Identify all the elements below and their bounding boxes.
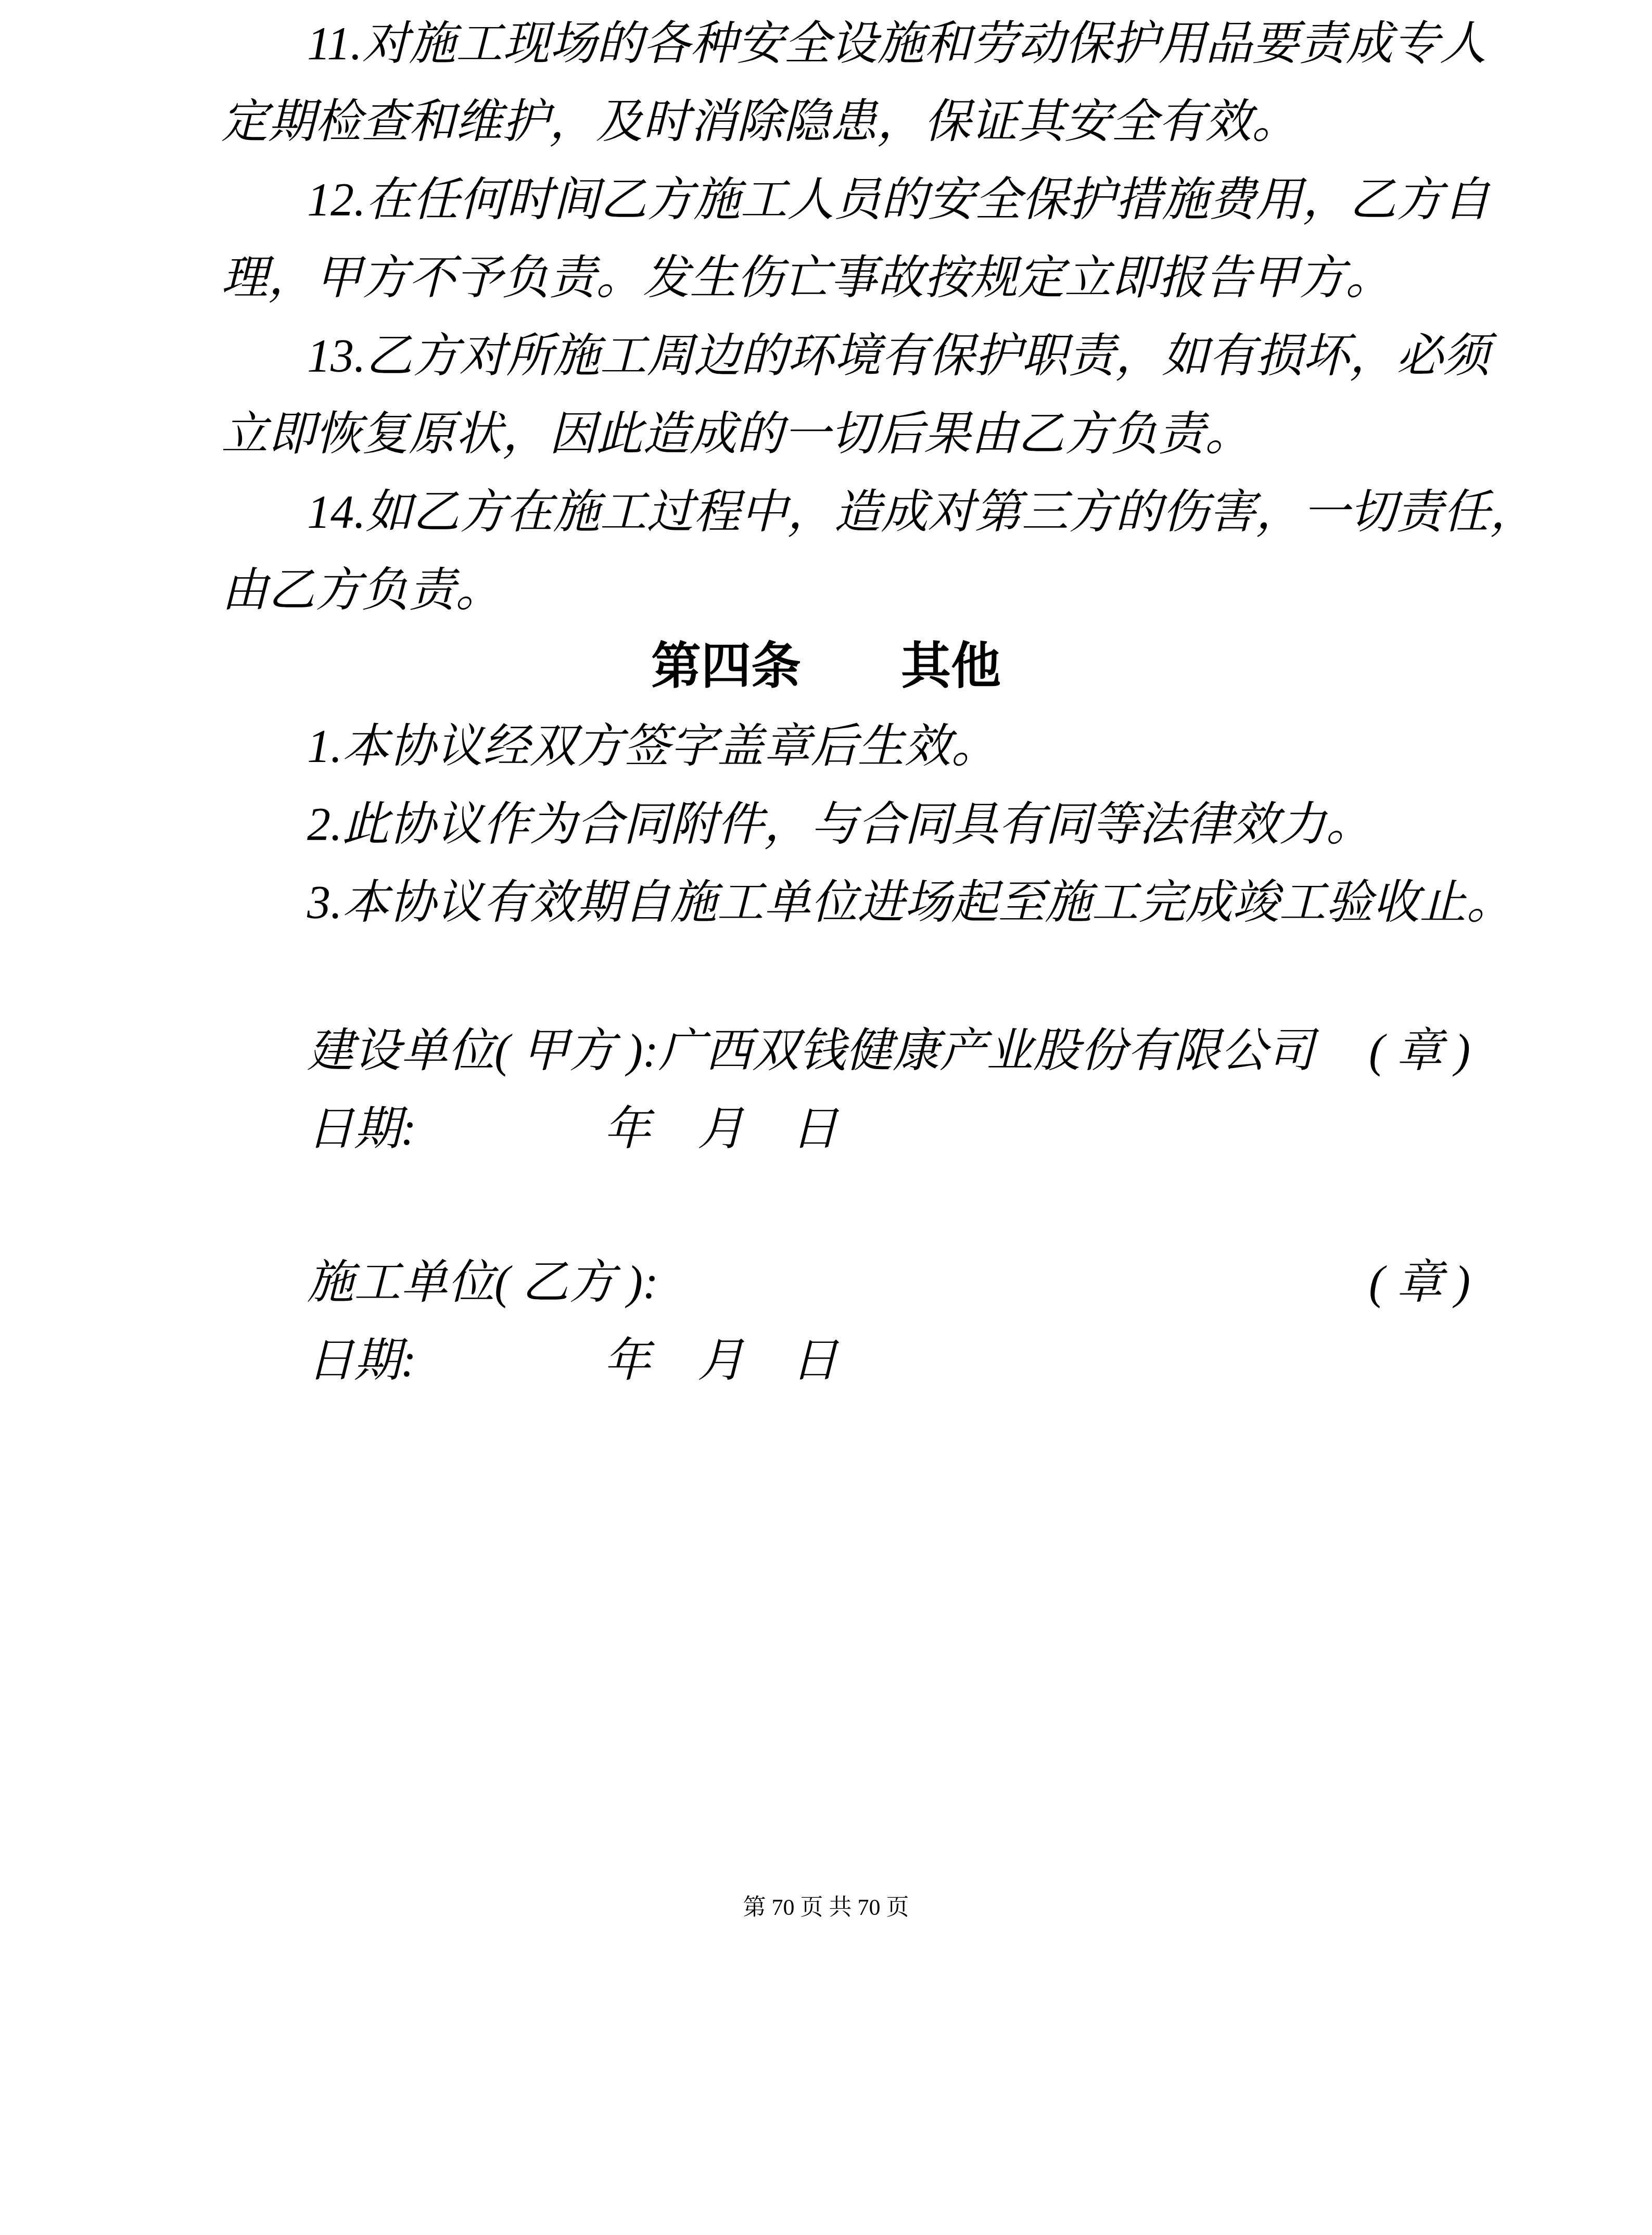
- party-a-signature-line: 建设单位( 甲方 ):广西双钱健康产业股份有限公司: [307, 1012, 1314, 1090]
- party-a-date-line: 日期: 年 月 日: [307, 1090, 838, 1169]
- party-b-seal-mark: ( 章 ): [1369, 1244, 1470, 1322]
- paragraph-line-11a: 11.对施工现场的各种安全设施和劳动保护用品要责成专人: [307, 5, 1486, 83]
- page-number-footer: 第 70 页 共 70 页: [0, 1889, 1652, 1926]
- paragraph-line-12a: 12.在任何时间乙方施工人员的安全保护措施费用，乙方自: [307, 161, 1490, 239]
- paragraph-line-14a: 14.如乙方在施工过程中，造成对第三方的伤害，一切责任，: [307, 474, 1537, 552]
- clause-line-3: 3.本协议有效期自施工单位进场起至施工完成竣工验收止。: [307, 864, 1514, 942]
- paragraph-line-13a: 13.乙方对所施工周边的环境有保护职责，如有损坏，必须: [307, 318, 1490, 396]
- paragraph-line-14b: 由乙方负责。: [221, 552, 502, 630]
- clause-line-2: 2.此协议作为合同附件，与合同具有同等法律效力。: [307, 786, 1373, 864]
- party-b-signature-line: 施工单位( 乙方 ):: [307, 1244, 658, 1322]
- clause-line-1: 1.本协议经双方签字盖章后生效。: [307, 708, 998, 786]
- contract-document-page: 11.对施工现场的各种安全设施和劳动保护用品要责成专人 定期检查和维护，及时消除…: [0, 0, 1652, 2235]
- section-heading: 第四条 其他: [0, 627, 1652, 705]
- paragraph-line-12b: 理，甲方不予负责。发生伤亡事故按规定立即报告甲方。: [221, 239, 1392, 318]
- party-a-seal-mark: ( 章 ): [1369, 1012, 1470, 1090]
- paragraph-line-11b: 定期检查和维护，及时消除隐患，保证其安全有效。: [221, 83, 1299, 161]
- paragraph-line-13b: 立即恢复原状，因此造成的一切后果由乙方负责。: [221, 396, 1252, 474]
- party-b-date-line: 日期: 年 月 日: [307, 1322, 838, 1400]
